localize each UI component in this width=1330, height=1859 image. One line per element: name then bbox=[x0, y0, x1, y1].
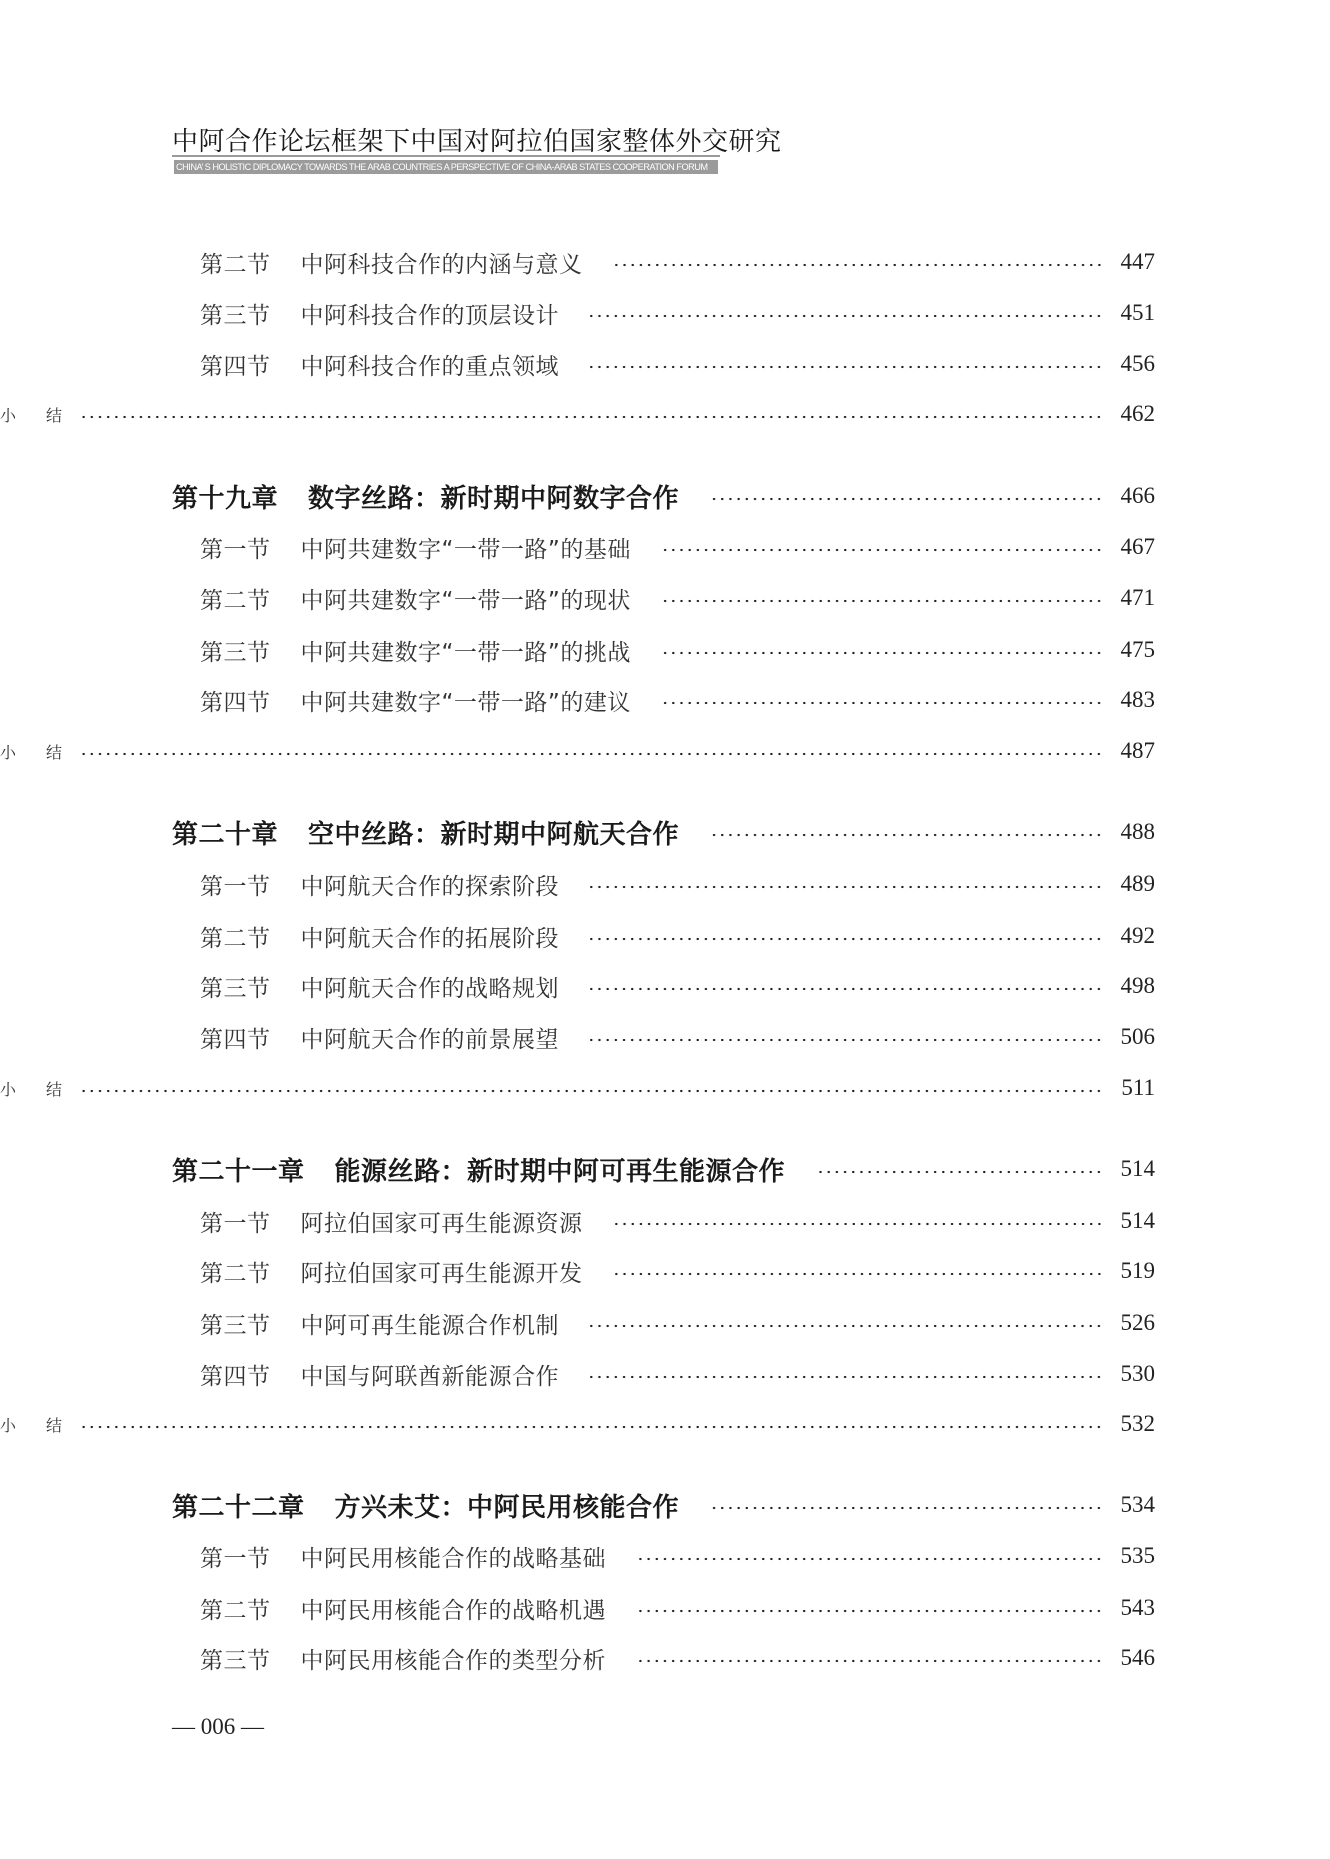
toc-entry-number: 第二节 bbox=[200, 246, 271, 279]
book-subtitle-english: CHINA’ S HOLISTIC DIPLOMACY TOWARDS THE … bbox=[174, 160, 718, 174]
toc-entry-title: 中阿科技合作的内涵与意义 bbox=[301, 252, 583, 278]
toc-entry-number: 第二节 bbox=[200, 1255, 271, 1288]
toc-summary-entry[interactable]: 小结511 bbox=[0, 1071, 1330, 1105]
toc-entry-label: 小结 bbox=[0, 403, 62, 426]
toc-section-entry[interactable]: 第三节中阿航天合作的战略规划498 bbox=[0, 969, 1330, 1003]
toc-entry-label: 第三节中阿科技合作的顶层设计 bbox=[200, 297, 559, 330]
dot-leader bbox=[613, 263, 1104, 267]
toc-summary-entry[interactable]: 小结487 bbox=[0, 734, 1330, 768]
toc-entry-title: 数字丝路：新时期中阿数字合作 bbox=[308, 484, 679, 514]
toc-entry-title: 中阿共建数字“一带一路”的现状 bbox=[301, 588, 631, 614]
toc-entry-number: 第一节 bbox=[200, 1205, 271, 1238]
toc-page-number: 487 bbox=[1115, 738, 1155, 764]
toc-entry-label: 第二节阿拉伯国家可再生能源开发 bbox=[200, 1255, 583, 1288]
dot-leader bbox=[589, 987, 1103, 991]
toc-chapter-entry[interactable]: 第二十二章方兴未艾：中阿民用核能合作534 bbox=[0, 1488, 1330, 1522]
toc-entry-number: 第一节 bbox=[200, 868, 271, 901]
toc-entry-title: 中阿科技合作的顶层设计 bbox=[301, 303, 560, 329]
toc-page-number: 498 bbox=[1115, 973, 1155, 999]
toc-entry-label: 第二节中阿科技合作的内涵与意义 bbox=[200, 246, 583, 279]
toc-entry-title: 中阿民用核能合作的类型分析 bbox=[301, 1648, 607, 1674]
toc-entry-title: 结 bbox=[46, 1080, 62, 1099]
toc-page-number: 526 bbox=[1115, 1310, 1155, 1336]
toc-entry-label: 第二十二章方兴未艾：中阿民用核能合作 bbox=[172, 1487, 679, 1524]
dot-leader bbox=[661, 701, 1103, 705]
toc-entry-label: 第一节阿拉伯国家可再生能源资源 bbox=[200, 1205, 583, 1238]
toc-entry-title: 空中丝路：新时期中阿航天合作 bbox=[308, 820, 679, 850]
toc-page-number: 543 bbox=[1115, 1595, 1155, 1621]
toc-entry-title: 结 bbox=[46, 1416, 62, 1435]
toc-summary-entry[interactable]: 小结462 bbox=[0, 397, 1330, 431]
toc-entry-number: 小 bbox=[0, 1413, 16, 1436]
dot-leader bbox=[78, 1425, 1103, 1429]
toc-chapter-entry[interactable]: 第二十章空中丝路：新时期中阿航天合作488 bbox=[0, 815, 1330, 849]
toc-section-entry[interactable]: 第一节中阿民用核能合作的战略基础535 bbox=[0, 1539, 1330, 1573]
dot-leader bbox=[661, 651, 1103, 655]
toc-section-entry[interactable]: 第四节中阿航天合作的前景展望506 bbox=[0, 1020, 1330, 1054]
toc-entry-label: 第四节中国与阿联酋新能源合作 bbox=[200, 1358, 559, 1391]
toc-entry-number: 第二十一章 bbox=[172, 1151, 305, 1188]
toc-section-entry[interactable]: 第一节阿拉伯国家可再生能源资源514 bbox=[0, 1204, 1330, 1238]
toc-entry-title: 阿拉伯国家可再生能源开发 bbox=[301, 1261, 583, 1287]
dot-leader bbox=[815, 1170, 1103, 1174]
dot-leader bbox=[709, 833, 1103, 837]
dot-leader bbox=[709, 1506, 1103, 1510]
toc-entry-title: 中阿航天合作的探索阶段 bbox=[301, 874, 560, 900]
toc-entry-label: 第二节中阿民用核能合作的战略机遇 bbox=[200, 1592, 606, 1625]
dot-leader bbox=[589, 1038, 1103, 1042]
book-title: 中阿合作论坛框架下中国对阿拉伯国家整体外交研究 bbox=[172, 121, 782, 158]
toc-entry-number: 第三节 bbox=[200, 1642, 271, 1675]
dot-leader bbox=[636, 1557, 1103, 1561]
toc-entry-title: 中阿可再生能源合作机制 bbox=[301, 1313, 560, 1339]
toc-entry-number: 第三节 bbox=[200, 970, 271, 1003]
toc-page-number: 492 bbox=[1115, 923, 1155, 949]
toc-section-entry[interactable]: 第三节中阿民用核能合作的类型分析546 bbox=[0, 1641, 1330, 1675]
toc-entry-number: 第二节 bbox=[200, 582, 271, 615]
dot-leader bbox=[78, 752, 1103, 756]
toc-entry-number: 第十九章 bbox=[172, 478, 278, 515]
toc-page-number: 514 bbox=[1115, 1156, 1155, 1182]
page-number: — 006 — bbox=[172, 1714, 264, 1740]
toc-entry-label: 小结 bbox=[0, 1413, 62, 1436]
toc-entry-label: 第二节中阿共建数字“一带一路”的现状 bbox=[200, 582, 631, 615]
toc-entry-title: 中阿航天合作的拓展阶段 bbox=[301, 926, 560, 952]
toc-page-number: 511 bbox=[1115, 1075, 1155, 1101]
dot-leader bbox=[636, 1609, 1103, 1613]
toc-entry-number: 第一节 bbox=[200, 1540, 271, 1573]
toc-chapter-entry[interactable]: 第二十一章能源丝路：新时期中阿可再生能源合作514 bbox=[0, 1152, 1330, 1186]
toc-section-entry[interactable]: 第二节阿拉伯国家可再生能源开发519 bbox=[0, 1254, 1330, 1288]
toc-page-number: 530 bbox=[1115, 1361, 1155, 1387]
toc-entry-title: 中阿民用核能合作的战略基础 bbox=[301, 1546, 607, 1572]
toc-page-number: 514 bbox=[1115, 1208, 1155, 1234]
toc-entry-number: 第四节 bbox=[200, 1021, 271, 1054]
toc-entry-label: 第三节中阿民用核能合作的类型分析 bbox=[200, 1642, 606, 1675]
dot-leader bbox=[613, 1272, 1104, 1276]
dot-leader bbox=[78, 415, 1103, 419]
toc-entry-number: 小 bbox=[0, 740, 16, 763]
toc-section-entry[interactable]: 第三节中阿共建数字“一带一路”的挑战475 bbox=[0, 633, 1330, 667]
toc-page-number: 535 bbox=[1115, 1543, 1155, 1569]
dot-leader bbox=[589, 885, 1103, 889]
toc-entry-label: 第三节中阿可再生能源合作机制 bbox=[200, 1307, 559, 1340]
toc-section-entry[interactable]: 第二节中阿科技合作的内涵与意义447 bbox=[0, 245, 1330, 279]
toc-page-number: 483 bbox=[1115, 687, 1155, 713]
dot-leader bbox=[589, 1375, 1103, 1379]
toc-page-number: 546 bbox=[1115, 1645, 1155, 1671]
toc-entry-title: 中阿民用核能合作的战略机遇 bbox=[301, 1598, 607, 1624]
toc-entry-title: 方兴未艾：中阿民用核能合作 bbox=[335, 1493, 680, 1523]
toc-page-number: 456 bbox=[1115, 351, 1155, 377]
dot-leader bbox=[613, 1222, 1104, 1226]
toc-entry-title: 中阿航天合作的战略规划 bbox=[301, 976, 560, 1002]
toc-section-entry[interactable]: 第二节中阿航天合作的拓展阶段492 bbox=[0, 919, 1330, 953]
toc-page-number: 471 bbox=[1115, 585, 1155, 611]
toc-entry-label: 小结 bbox=[0, 740, 62, 763]
toc-entry-title: 中阿科技合作的重点领域 bbox=[301, 354, 560, 380]
dot-leader bbox=[589, 1324, 1103, 1328]
toc-page-number: 506 bbox=[1115, 1024, 1155, 1050]
toc-entry-label: 小结 bbox=[0, 1077, 62, 1100]
toc-entry-title: 中阿航天合作的前景展望 bbox=[301, 1027, 560, 1053]
toc-entry-title: 结 bbox=[46, 743, 62, 762]
toc-entry-label: 第四节中阿科技合作的重点领域 bbox=[200, 348, 559, 381]
toc-section-entry[interactable]: 第三节中阿可再生能源合作机制526 bbox=[0, 1306, 1330, 1340]
toc-section-entry[interactable]: 第四节中阿科技合作的重点领域456 bbox=[0, 347, 1330, 381]
dot-leader bbox=[589, 937, 1103, 941]
toc-entry-label: 第十九章数字丝路：新时期中阿数字合作 bbox=[172, 478, 679, 515]
toc-entry-label: 第二节中阿航天合作的拓展阶段 bbox=[200, 920, 559, 953]
toc-entry-label: 第一节中阿民用核能合作的战略基础 bbox=[200, 1540, 606, 1573]
toc-page-number: 466 bbox=[1115, 483, 1155, 509]
toc-entry-label: 第三节中阿共建数字“一带一路”的挑战 bbox=[200, 634, 631, 667]
toc-entry-title: 能源丝路：新时期中阿可再生能源合作 bbox=[335, 1157, 786, 1187]
toc-entry-number: 第二十章 bbox=[172, 814, 278, 851]
dot-leader bbox=[589, 365, 1103, 369]
toc-section-entry[interactable]: 第二节中阿共建数字“一带一路”的现状471 bbox=[0, 581, 1330, 615]
toc-page-number: 519 bbox=[1115, 1258, 1155, 1284]
toc-entry-number: 第三节 bbox=[200, 634, 271, 667]
toc-entry-number: 第二节 bbox=[200, 920, 271, 953]
toc-entry-number: 小 bbox=[0, 403, 16, 426]
dot-leader bbox=[709, 497, 1103, 501]
toc-entry-label: 第二十章空中丝路：新时期中阿航天合作 bbox=[172, 814, 679, 851]
toc-chapter-entry[interactable]: 第十九章数字丝路：新时期中阿数字合作466 bbox=[0, 479, 1330, 513]
toc-entry-number: 第三节 bbox=[200, 297, 271, 330]
toc-page-number: 534 bbox=[1115, 1492, 1155, 1518]
toc-section-entry[interactable]: 第一节中阿共建数字“一带一路”的基础467 bbox=[0, 530, 1330, 564]
toc-entry-title: 中阿共建数字“一带一路”的建议 bbox=[301, 690, 631, 716]
toc-section-entry[interactable]: 第四节中国与阿联酋新能源合作530 bbox=[0, 1357, 1330, 1391]
toc-entry-title: 中国与阿联酋新能源合作 bbox=[301, 1364, 560, 1390]
toc-entry-label: 第四节中阿共建数字“一带一路”的建议 bbox=[200, 684, 631, 717]
toc-page-number: 451 bbox=[1115, 300, 1155, 326]
header-divider bbox=[172, 155, 720, 157]
toc-entry-number: 第二节 bbox=[200, 1592, 271, 1625]
toc-summary-entry[interactable]: 小结532 bbox=[0, 1407, 1330, 1441]
toc-entry-number: 第四节 bbox=[200, 348, 271, 381]
toc-entry-number: 第一节 bbox=[200, 531, 271, 564]
dot-leader bbox=[661, 548, 1103, 552]
toc-entry-label: 第一节中阿共建数字“一带一路”的基础 bbox=[200, 531, 631, 564]
dot-leader bbox=[661, 599, 1103, 603]
toc-page-number: 532 bbox=[1115, 1411, 1155, 1437]
toc-page-number: 447 bbox=[1115, 249, 1155, 275]
toc-entry-number: 第二十二章 bbox=[172, 1487, 305, 1524]
toc-entry-title: 中阿共建数字“一带一路”的基础 bbox=[301, 537, 631, 563]
toc-page-number: 489 bbox=[1115, 871, 1155, 897]
toc-entry-number: 第三节 bbox=[200, 1307, 271, 1340]
dot-leader bbox=[589, 314, 1103, 318]
toc-entry-number: 小 bbox=[0, 1077, 16, 1100]
toc-entry-number: 第四节 bbox=[200, 684, 271, 717]
dot-leader bbox=[636, 1659, 1103, 1663]
toc-page-number: 462 bbox=[1115, 401, 1155, 427]
toc-entry-number: 第四节 bbox=[200, 1358, 271, 1391]
toc-entry-title: 中阿共建数字“一带一路”的挑战 bbox=[301, 640, 631, 666]
toc-page-number: 488 bbox=[1115, 819, 1155, 845]
toc-section-entry[interactable]: 第三节中阿科技合作的顶层设计451 bbox=[0, 296, 1330, 330]
toc-entry-title: 结 bbox=[46, 406, 62, 425]
toc-section-entry[interactable]: 第一节中阿航天合作的探索阶段489 bbox=[0, 867, 1330, 901]
toc-section-entry[interactable]: 第四节中阿共建数字“一带一路”的建议483 bbox=[0, 683, 1330, 717]
toc-page-number: 475 bbox=[1115, 637, 1155, 663]
dot-leader bbox=[78, 1089, 1103, 1093]
toc-section-entry[interactable]: 第二节中阿民用核能合作的战略机遇543 bbox=[0, 1591, 1330, 1625]
toc-entry-label: 第一节中阿航天合作的探索阶段 bbox=[200, 868, 559, 901]
toc-entry-label: 第二十一章能源丝路：新时期中阿可再生能源合作 bbox=[172, 1151, 785, 1188]
toc-page-number: 467 bbox=[1115, 534, 1155, 560]
toc-entry-label: 第四节中阿航天合作的前景展望 bbox=[200, 1021, 559, 1054]
toc-entry-title: 阿拉伯国家可再生能源资源 bbox=[301, 1211, 583, 1237]
toc-entry-label: 第三节中阿航天合作的战略规划 bbox=[200, 970, 559, 1003]
